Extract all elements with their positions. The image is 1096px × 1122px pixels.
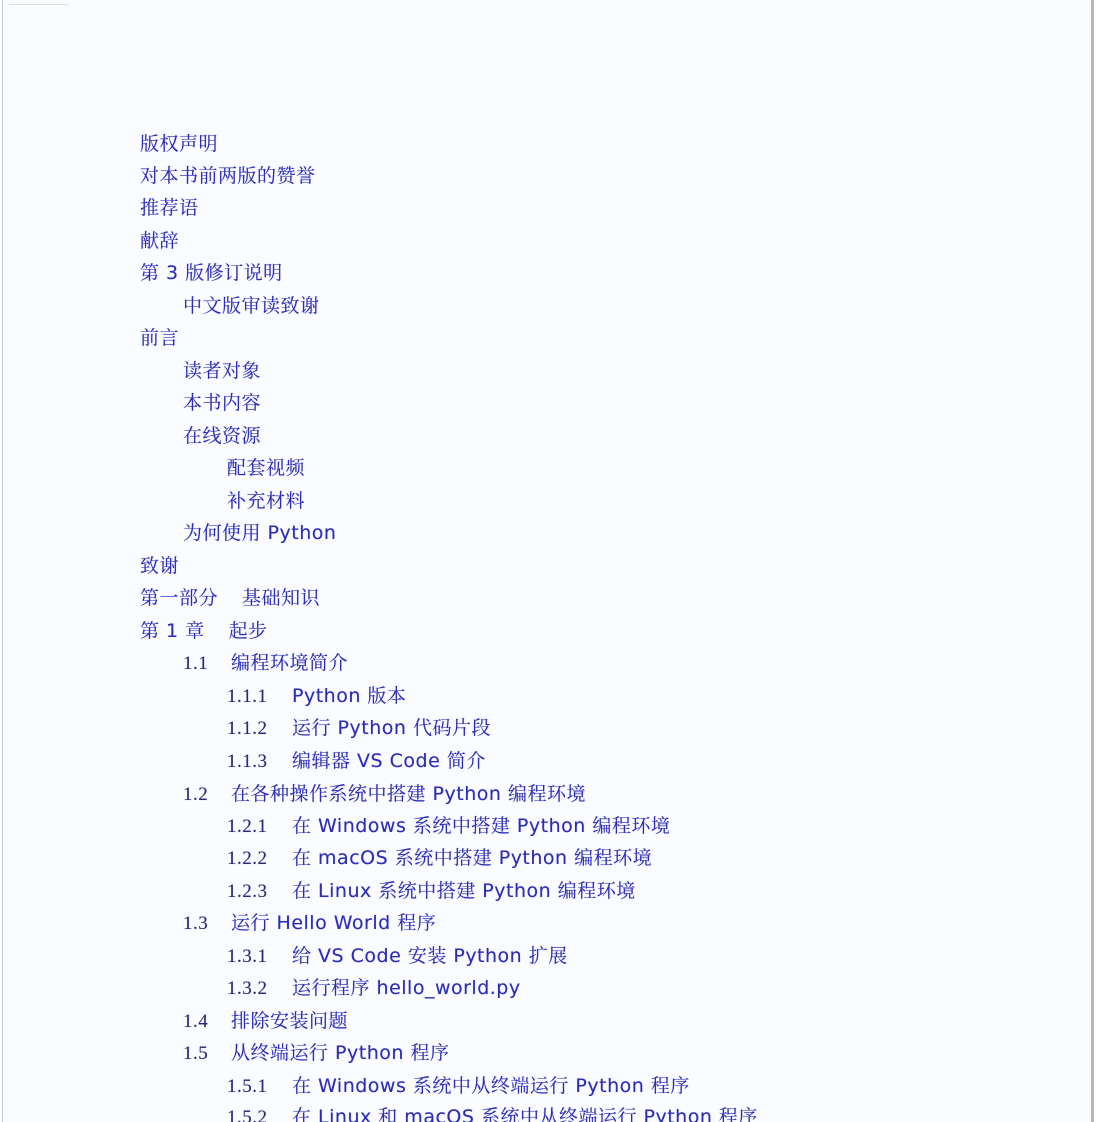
toc-entry-title: 编程环境简介 xyxy=(231,651,348,675)
table-of-contents: 版权声明对本书前两版的赞誉推荐语献辞第 3 版修订说明中文版审读致谢前言读者对象… xyxy=(3,0,1091,1122)
toc-entry-number: 1.2.2 xyxy=(227,847,292,871)
toc-entry-level-1[interactable]: 读者对象 xyxy=(183,359,261,383)
toc-entry-level-0[interactable]: 致谢 xyxy=(140,554,179,578)
toc-entry-title: 从终端运行 Python 程序 xyxy=(231,1041,449,1065)
toc-entry-title: 运行程序 hello_world.py xyxy=(292,976,521,1000)
toc-entry-level-2[interactable]: 1.3.1给 VS Code 安装 Python 扩展 xyxy=(227,944,568,969)
toc-entry-title: 在 Linux 和 macOS 系统中从终端运行 Python 程序 xyxy=(292,1105,758,1122)
toc-entry-level-1[interactable]: 本书内容 xyxy=(183,391,261,415)
toc-entry-number: 1.1 xyxy=(183,652,231,676)
toc-entry-title: 在各种操作系统中搭建 Python 编程环境 xyxy=(231,782,586,806)
toc-entry-title: 在 Windows 系统中从终端运行 Python 程序 xyxy=(292,1074,690,1098)
toc-entry-title: 排除安装问题 xyxy=(231,1009,348,1033)
toc-entry-level-1[interactable]: 1.2在各种操作系统中搭建 Python 编程环境 xyxy=(183,782,586,807)
toc-entry-level-0[interactable]: 第 1 章起步 xyxy=(140,619,268,643)
toc-entry-level-0[interactable]: 对本书前两版的赞誉 xyxy=(140,164,316,188)
toc-entry-title: 本书内容 xyxy=(183,391,261,415)
toc-entry-title: Python 版本 xyxy=(292,684,406,708)
toc-entry-number: 第 1 章 xyxy=(140,619,205,643)
toc-entry-number: 1.2.1 xyxy=(227,815,292,839)
toc-entry-level-1[interactable]: 1.3运行 Hello World 程序 xyxy=(183,911,436,936)
toc-entry-level-2[interactable]: 1.1.1Python 版本 xyxy=(227,684,406,709)
toc-entry-title: 第 3 版修订说明 xyxy=(140,261,283,285)
toc-entry-level-2[interactable]: 1.1.2运行 Python 代码片段 xyxy=(227,716,491,741)
toc-entry-title: 版权声明 xyxy=(140,132,218,156)
toc-entry-number: 1.1.2 xyxy=(227,717,292,741)
toc-entry-title: 起步 xyxy=(229,619,268,643)
toc-entry-level-0[interactable]: 版权声明 xyxy=(140,132,218,156)
toc-entry-level-2[interactable]: 1.1.3编辑器 VS Code 简介 xyxy=(227,749,486,774)
toc-entry-title: 中文版审读致谢 xyxy=(183,294,320,318)
toc-entry-level-2[interactable]: 1.2.2在 macOS 系统中搭建 Python 编程环境 xyxy=(227,846,652,871)
toc-entry-level-1[interactable]: 为何使用 Python xyxy=(183,521,336,545)
toc-entry-level-0[interactable]: 第一部分基础知识 xyxy=(140,586,320,610)
toc-entry-title: 补充材料 xyxy=(227,489,305,513)
toc-entry-title: 基础知识 xyxy=(242,586,320,610)
toc-entry-level-1[interactable]: 1.4排除安装问题 xyxy=(183,1009,348,1034)
toc-entry-number: 1.3.1 xyxy=(227,945,292,969)
toc-entry-level-0[interactable]: 第 3 版修订说明 xyxy=(140,261,283,285)
toc-entry-title: 献辞 xyxy=(140,229,179,253)
toc-entry-title: 致谢 xyxy=(140,554,179,578)
toc-entry-level-2[interactable]: 1.5.2在 Linux 和 macOS 系统中从终端运行 Python 程序 xyxy=(227,1105,758,1122)
toc-entry-level-1[interactable]: 1.5从终端运行 Python 程序 xyxy=(183,1041,449,1066)
toc-entry-title: 运行 Hello World 程序 xyxy=(231,911,436,935)
toc-entry-title: 为何使用 Python xyxy=(183,521,336,545)
toc-entry-title: 在 Linux 系统中搭建 Python 编程环境 xyxy=(292,879,636,903)
toc-entry-level-2[interactable]: 1.5.1在 Windows 系统中从终端运行 Python 程序 xyxy=(227,1074,690,1099)
toc-entry-title: 配套视频 xyxy=(227,456,305,480)
toc-entry-number: 1.1.1 xyxy=(227,685,292,709)
toc-entry-level-2[interactable]: 1.2.1在 Windows 系统中搭建 Python 编程环境 xyxy=(227,814,670,839)
toc-entry-level-0[interactable]: 前言 xyxy=(140,326,179,350)
toc-entry-level-0[interactable]: 献辞 xyxy=(140,229,179,253)
toc-entry-number: 1.3.2 xyxy=(227,977,292,1001)
toc-entry-title: 推荐语 xyxy=(140,196,199,220)
toc-entry-title: 读者对象 xyxy=(183,359,261,383)
toc-entry-title: 运行 Python 代码片段 xyxy=(292,716,491,740)
toc-entry-level-1[interactable]: 1.1编程环境简介 xyxy=(183,651,348,676)
toc-entry-number: 1.5.2 xyxy=(227,1106,292,1122)
toc-entry-level-2[interactable]: 1.2.3在 Linux 系统中搭建 Python 编程环境 xyxy=(227,879,636,904)
toc-entry-number: 1.2.3 xyxy=(227,880,292,904)
toc-entry-title: 在 macOS 系统中搭建 Python 编程环境 xyxy=(292,846,652,870)
toc-entry-title: 编辑器 VS Code 简介 xyxy=(292,749,486,773)
toc-entry-title: 在 Windows 系统中搭建 Python 编程环境 xyxy=(292,814,670,838)
toc-entry-title: 对本书前两版的赞誉 xyxy=(140,164,316,188)
toc-entry-number: 1.2 xyxy=(183,783,231,807)
toc-entry-number: 1.1.3 xyxy=(227,750,292,774)
toc-entry-number: 1.3 xyxy=(183,912,231,936)
toc-entry-number: 第一部分 xyxy=(140,586,218,610)
toc-entry-title: 在线资源 xyxy=(183,424,261,448)
toc-entry-level-1[interactable]: 在线资源 xyxy=(183,424,261,448)
document-page: 版权声明对本书前两版的赞誉推荐语献辞第 3 版修订说明中文版审读致谢前言读者对象… xyxy=(2,0,1094,1122)
toc-entry-level-0[interactable]: 推荐语 xyxy=(140,196,199,220)
toc-entry-title: 给 VS Code 安装 Python 扩展 xyxy=(292,944,568,968)
toc-entry-number: 1.5.1 xyxy=(227,1075,292,1099)
toc-entry-number: 1.5 xyxy=(183,1042,231,1066)
toc-entry-number: 1.4 xyxy=(183,1010,231,1034)
toc-entry-title: 前言 xyxy=(140,326,179,350)
toc-entry-level-2[interactable]: 配套视频 xyxy=(227,456,305,480)
toc-entry-level-2[interactable]: 1.3.2运行程序 hello_world.py xyxy=(227,976,521,1001)
toc-entry-level-2[interactable]: 补充材料 xyxy=(227,489,305,513)
toc-entry-level-1[interactable]: 中文版审读致谢 xyxy=(183,294,320,318)
